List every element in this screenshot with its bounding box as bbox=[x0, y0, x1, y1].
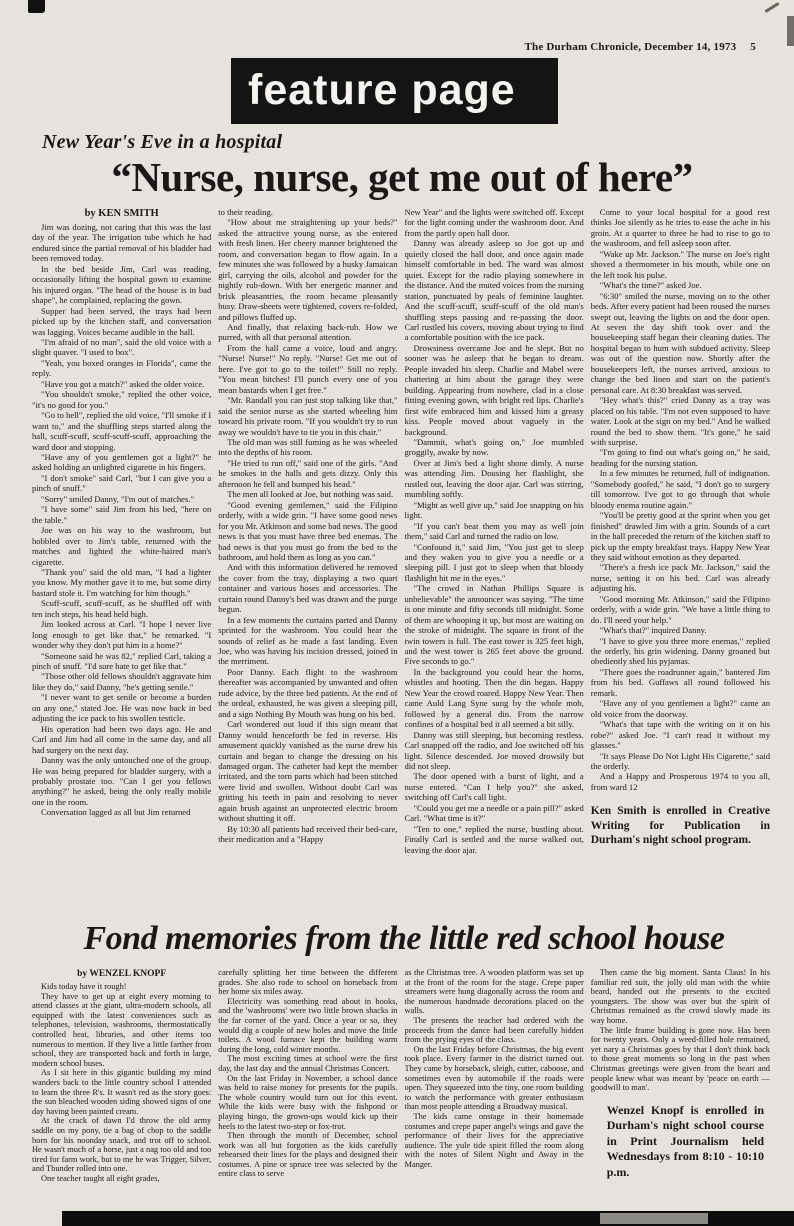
paragraph: "I'm afraid of no man", said the old voi… bbox=[32, 337, 211, 358]
article2-column-2-text: carefully splitting her time between the… bbox=[218, 968, 397, 1179]
paragraph: "What's the time?" asked Joe. bbox=[591, 280, 770, 290]
article1-body: by KEN SMITH Jim was dozing, not caring … bbox=[32, 207, 770, 925]
paragraph: "Those other old fellows shouldn't aggra… bbox=[32, 671, 211, 692]
paragraph: "Confound it," said Jim, "You just get t… bbox=[405, 542, 584, 584]
paragraph: New Year" and the lights were switched o… bbox=[405, 207, 584, 238]
article1-column-1: by KEN SMITH Jim was dozing, not caring … bbox=[32, 207, 211, 925]
paragraph: "You shouldn't smoke," replied the other… bbox=[32, 389, 211, 410]
paragraph: "What's that?" inquired Danny. bbox=[591, 625, 770, 635]
feature-page-banner: feature page bbox=[231, 58, 558, 124]
paragraph: Drowsiness overcame Joe and he slept. Bu… bbox=[405, 343, 584, 437]
newspaper-page: The Durham Chronicle, December 14, 19735… bbox=[0, 0, 794, 1226]
paragraph: Danny was still sleeping, but becoming r… bbox=[405, 730, 584, 772]
paragraph: "Have you got a match?" asked the older … bbox=[32, 379, 211, 389]
paragraph: "Hey what's this?" cried Danny as a tray… bbox=[591, 395, 770, 447]
paragraph: "Wake up Mr. Jackson." The nurse on Joe'… bbox=[591, 249, 770, 280]
paragraph: "It says Please Do Not Light His Cigaret… bbox=[591, 751, 770, 772]
paragraph: "If you can't beat them you may as well … bbox=[405, 521, 584, 542]
paragraph: "Could you get me a needle or a pain pil… bbox=[405, 803, 584, 824]
paragraph: In a few moments the curtains parted and… bbox=[218, 615, 397, 667]
paragraph: Conversation lagged as all but Jim retur… bbox=[32, 807, 211, 817]
banner-label: feature page bbox=[231, 58, 558, 122]
paragraph: Electricity was something read about in … bbox=[218, 997, 397, 1055]
article1-column-3-text: New Year" and the lights were switched o… bbox=[405, 207, 584, 855]
paragraph: Jim looked across at Carl. "I hope I nev… bbox=[32, 619, 211, 650]
paragraph: On the last Friday in November, a school… bbox=[218, 1074, 397, 1132]
paragraph: On the last Friday before Christmas, the… bbox=[405, 1045, 584, 1112]
paragraph: Danny was the only untouched one of the … bbox=[32, 755, 211, 807]
article1-column-3: New Year" and the lights were switched o… bbox=[405, 207, 584, 925]
article2-byline: by WENZEL KNOPF bbox=[32, 968, 211, 980]
paragraph: "6:30" smiled the nurse, moving on to th… bbox=[591, 291, 770, 396]
paragraph: And with this information delivered he r… bbox=[218, 562, 397, 614]
article1-kicker: New Year's Eve in a hospital bbox=[42, 131, 282, 154]
paragraph: The door opened with a burst of light, a… bbox=[405, 771, 584, 802]
paragraph: "How about me straightening up your beds… bbox=[218, 217, 397, 322]
scan-smudge-top-left-icon bbox=[28, 0, 45, 13]
paragraph: "What's that tape with the writing on it… bbox=[591, 719, 770, 750]
pencil-mark-top-right-icon bbox=[764, 2, 779, 13]
article2-column-1-text: Kids today have it rough!They have to ge… bbox=[32, 982, 211, 1183]
paragraph: "Mr. Randall you can just stop talking l… bbox=[218, 395, 397, 437]
paragraph: Danny was already asleep so Joe got up a… bbox=[405, 238, 584, 343]
paragraph: "Yeah, you boxed oranges in Florida", ca… bbox=[32, 358, 211, 379]
paragraph: "Go to hell", replied the old voice, "I'… bbox=[32, 410, 211, 452]
paragraph: As I sit here in this gigantic building … bbox=[32, 1068, 211, 1116]
paragraph: And a Happy and Prosperous 1974 to you a… bbox=[591, 771, 770, 792]
paragraph: And finally, that relaxing back-rub. How… bbox=[218, 322, 397, 343]
article1-column-4: Come to your local hospital for a good r… bbox=[591, 207, 770, 925]
article2-column-1: by WENZEL KNOPF Kids today have it rough… bbox=[32, 968, 211, 1212]
paragraph: "Someone said he was 82," replied Carl, … bbox=[32, 651, 211, 672]
paragraph: In a few minutes he returned, full of in… bbox=[591, 468, 770, 510]
paragraph: "I'm going to find out what's going on,"… bbox=[591, 447, 770, 468]
paragraph: In the background you could hear the hor… bbox=[405, 667, 584, 730]
article1-column-2-text: to their reading."How about me straighte… bbox=[218, 207, 397, 845]
paragraph: "The crowd in Nathan Phillips Square is … bbox=[405, 583, 584, 667]
masthead-title: The Durham Chronicle, December 14, 1973 bbox=[525, 41, 737, 53]
article1-column-4-text: Come to your local hospital for a good r… bbox=[591, 207, 770, 792]
paragraph: "Good morning Mr. Atkinson," said the Fi… bbox=[591, 594, 770, 625]
article2-column-4-text: Then came the big moment. Santa Claus! I… bbox=[591, 968, 770, 1093]
paragraph: "Have any of you gentlemen got a light?"… bbox=[32, 452, 211, 473]
paragraph: The most exciting times at school were t… bbox=[218, 1054, 397, 1073]
paragraph: "I never want to get senile or become a … bbox=[32, 692, 211, 723]
scan-gray-patch bbox=[600, 1213, 708, 1224]
scan-edge-bottom bbox=[62, 1211, 794, 1226]
paragraph: Supper had been served, the trays had be… bbox=[32, 306, 211, 337]
paragraph: "There goes the roadrunner again," bante… bbox=[591, 667, 770, 698]
paragraph: "Sorry" smiled Danny, "I'm out of matche… bbox=[32, 494, 211, 504]
paragraph: The little frame building is gone now. H… bbox=[591, 1026, 770, 1093]
paragraph: They have to get up at eight every morni… bbox=[32, 992, 211, 1069]
article2-column-3: as the Christmas tree. A wooden platform… bbox=[405, 968, 584, 1212]
paragraph: "Have any of you gentlemen a light?" cam… bbox=[591, 698, 770, 719]
paragraph: "Ten to one," replied the nurse, bustlin… bbox=[405, 824, 584, 855]
page-number: 5 bbox=[750, 41, 756, 53]
paragraph: Poor Danny. Each flight to the washroom … bbox=[218, 667, 397, 719]
article2-column-4: Then came the big moment. Santa Claus! I… bbox=[591, 968, 770, 1212]
paragraph: "Thank you" said the old man, "I had a l… bbox=[32, 567, 211, 598]
paragraph: "I have to give you three more enemas," … bbox=[591, 636, 770, 667]
masthead: The Durham Chronicle, December 14, 19735 bbox=[525, 41, 757, 53]
paragraph: "I have some" said Jim from his bed, "he… bbox=[32, 504, 211, 525]
article1-byline: by KEN SMITH bbox=[32, 207, 211, 220]
article2-body: by WENZEL KNOPF Kids today have it rough… bbox=[32, 968, 770, 1212]
paragraph: "Good evening gentlemen," said the Filip… bbox=[218, 500, 397, 563]
article1-headline: “Nurse, nurse, get me out of here” bbox=[36, 153, 768, 201]
paragraph: Carl wondered out loud if this sign mean… bbox=[218, 719, 397, 824]
paragraph: "Dammit, what's going on," Joe mumbled g… bbox=[405, 437, 584, 458]
paragraph: His operation had been two days ago. He … bbox=[32, 724, 211, 755]
paragraph: "You'll be pretty good at the sprint whe… bbox=[591, 510, 770, 562]
paragraph: From the hall came a voice, loud and ang… bbox=[218, 343, 397, 395]
paragraph: The kids came onstage in their homemade … bbox=[405, 1112, 584, 1170]
scan-edge-mark-icon bbox=[787, 16, 794, 46]
paragraph: The men all looked at Joe, but nothing w… bbox=[218, 489, 397, 499]
paragraph: The old man was still fuming as he was w… bbox=[218, 437, 397, 458]
paragraph: Scuff-scuff, scuff-scuff, as he shuffled… bbox=[32, 598, 211, 619]
paragraph: Then through the month of December, scho… bbox=[218, 1131, 397, 1179]
paragraph: Then came the big moment. Santa Claus! I… bbox=[591, 968, 770, 1026]
paragraph: Jim was dozing, not caring that this was… bbox=[32, 222, 211, 264]
paragraph: By 10:30 all patients had received their… bbox=[218, 824, 397, 845]
paragraph: as the Christmas tree. A wooden platform… bbox=[405, 968, 584, 1016]
article2-column-2: carefully splitting her time between the… bbox=[218, 968, 397, 1212]
paragraph: "He tried to run off," said one of the g… bbox=[218, 458, 397, 489]
paragraph: Joe was on his way to the washroom, but … bbox=[32, 525, 211, 567]
article2-headline: Fond memories from the little red school… bbox=[36, 920, 772, 958]
paragraph: Come to your local hospital for a good r… bbox=[591, 207, 770, 249]
paragraph: At the crack of dawn I'd throw the old a… bbox=[32, 1116, 211, 1174]
paragraph: One teacher taught all eight grades, bbox=[32, 1174, 211, 1184]
article2-column-3-text: as the Christmas tree. A wooden platform… bbox=[405, 968, 584, 1169]
paragraph: "Might as well give up," said Joe snappi… bbox=[405, 500, 584, 521]
paragraph: carefully splitting her time between the… bbox=[218, 968, 397, 997]
paragraph: Over at Jim's bed a light shone dimly. A… bbox=[405, 458, 584, 500]
paragraph: "There's a fresh ice pack Mr. Jackson," … bbox=[591, 562, 770, 593]
article2-author-note: Wenzel Knopf is enrolled in Durham's nig… bbox=[591, 1103, 770, 1181]
paragraph: to their reading. bbox=[218, 207, 397, 217]
article1-author-note: Ken Smith is enrolled in Creative Writin… bbox=[591, 804, 770, 848]
article1-column-1-text: Jim was dozing, not caring that this was… bbox=[32, 222, 211, 818]
article1-column-2: to their reading."How about me straighte… bbox=[218, 207, 397, 925]
paragraph: "I don't smoke" said Carl, "but I can gi… bbox=[32, 473, 211, 494]
paragraph: The presents the teacher had ordered wit… bbox=[405, 1016, 584, 1045]
paragraph: Kids today have it rough! bbox=[32, 982, 211, 992]
paragraph: In the bed beside Jim, Carl was reading,… bbox=[32, 264, 211, 306]
